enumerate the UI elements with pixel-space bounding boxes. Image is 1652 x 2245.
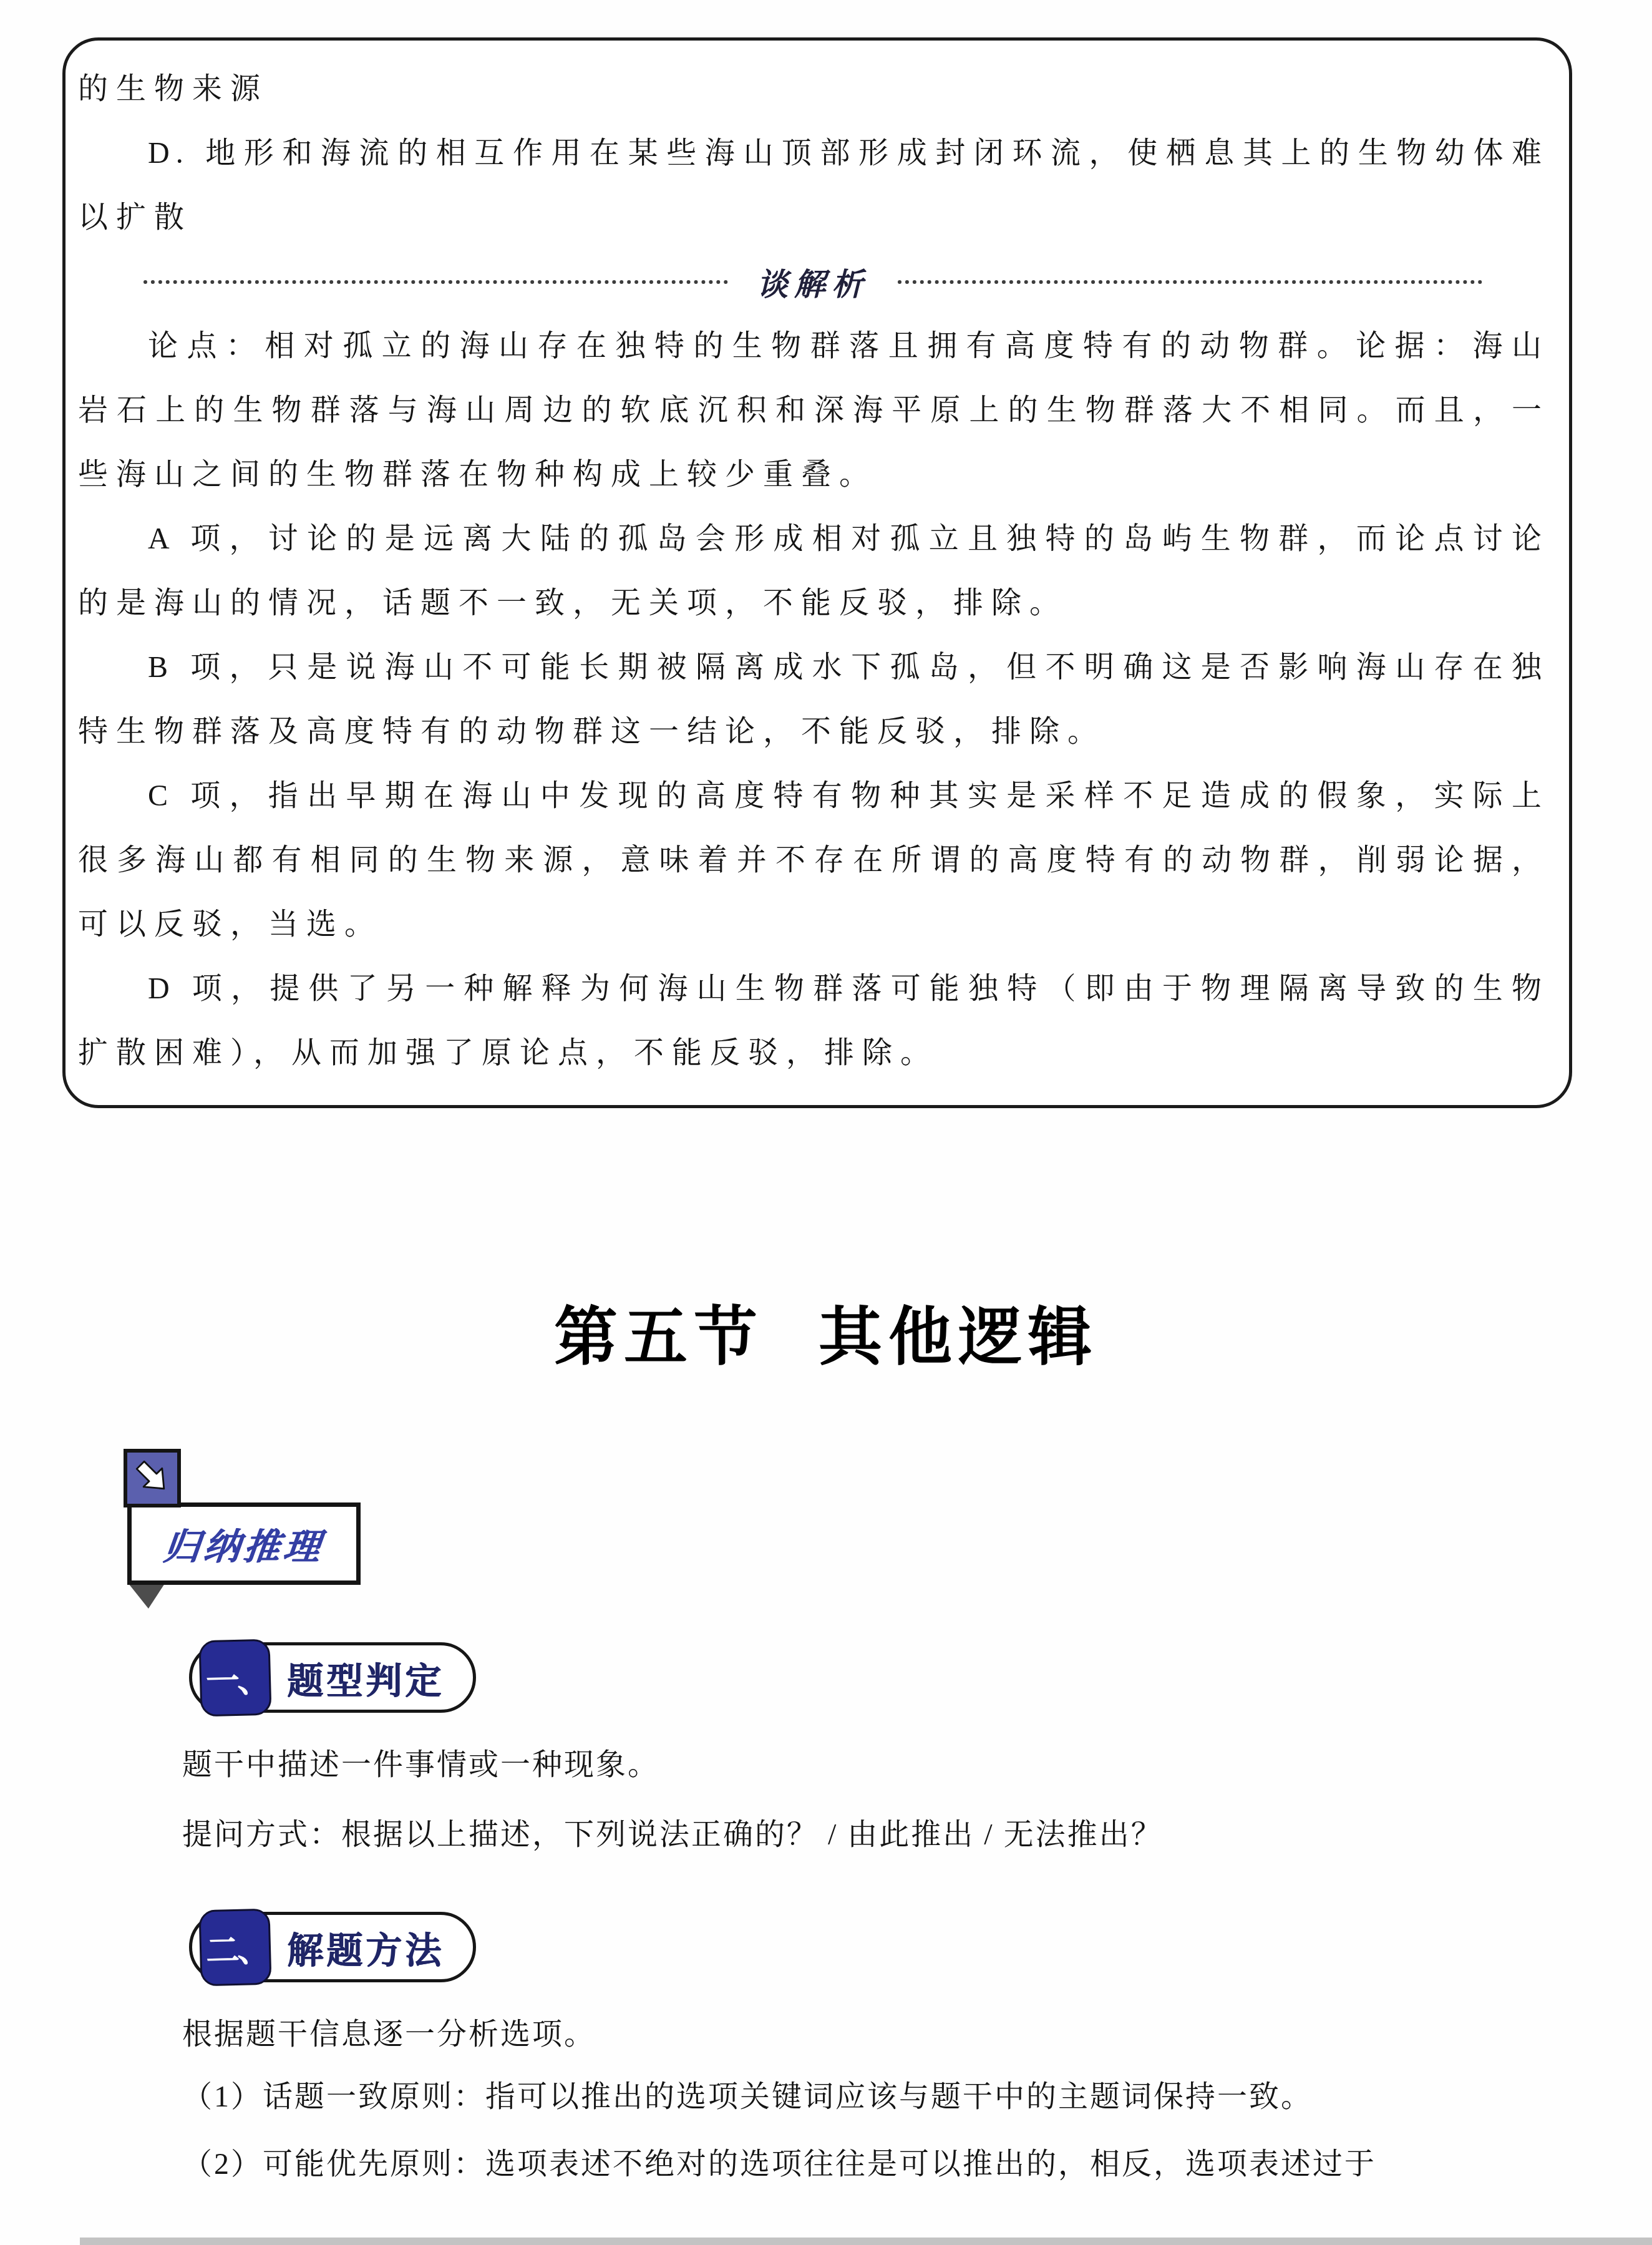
subsection-2-number: 二、: [198, 1909, 271, 1987]
analysis-line-option-d2: D 项，提供了另一种解释为何海山生物群落可能独特（即由于物理隔离导致的生物: [78, 957, 1548, 1021]
analysis-line-option-b: B 项，只是说海山不可能长期被隔离成水下孤岛，但不明确这是否影响海山存在独: [78, 635, 1548, 699]
badge: 归纳推理: [127, 1502, 361, 1585]
subsection-1-text-line: 题干中描述一件事情或一种现象。: [182, 1747, 1555, 1783]
subsection-2-title: 解题方法: [287, 1921, 444, 1974]
divider-label: 谈解析: [757, 260, 869, 304]
subsection-2-text-line: （1）话题一致原则：指可以推出的选项关键词应该与题干中的主题词保持一致。: [182, 2079, 1555, 2115]
divider-dots-left: [143, 280, 728, 284]
analysis-line: 很多海山都有相同的生物来源，意味着并不存在所谓的高度特有的动物群，削弱论据，: [78, 828, 1548, 892]
subsection-1-text-line: 提问方式：根据以上描述，下列说法正确的？ / 由此推出 / 无法推出？: [182, 1817, 1555, 1853]
section-title-text: 其他逻辑: [819, 1303, 1098, 1373]
analysis-line-option-a: A 项，讨论的是远离大陆的孤岛会形成相对孤立且独特的岛屿生物群，而论点讨论: [78, 507, 1548, 571]
analysis-line: 些海山之间的生物群落在物种构成上较少重叠。: [78, 442, 1548, 507]
arrow-southeast-icon: [130, 1455, 174, 1502]
section-title: 第五节其他逻辑: [0, 1287, 1652, 1378]
analysis-line: 的生物来源: [78, 57, 1548, 121]
analysis-line: 特生物群落及高度特有的动物群这一结论，不能反驳，排除。: [78, 699, 1548, 764]
subsection-header-2: 二、 解题方法: [189, 1912, 476, 1982]
analysis-line-option-c: C 项，指出早期在海山中发现的高度特有物种其实是采样不足造成的假象，实际上: [78, 764, 1548, 828]
analysis-line: 可以反驳，当选。: [78, 892, 1548, 957]
scan-edge-strip: [80, 2238, 1652, 2245]
analysis-line: 岩石上的生物群落与海山周边的软底沉积和深海平原上的生物群落大不相同。而且，一: [78, 378, 1548, 442]
subsection-2-text-line: （2）可能优先原则：选项表述不绝对的选项往往是可以推出的，相反，选项表述过于: [182, 2146, 1555, 2183]
analysis-line: 以扩散: [78, 185, 1548, 250]
section-title-number: 第五节: [554, 1303, 764, 1373]
analysis-line: 论点：相对孤立的海山存在独特的生物群落且拥有高度特有的动物群。论据：海山: [78, 314, 1548, 378]
analysis-divider: 谈解析: [143, 250, 1482, 314]
badge-label: 归纳推理: [162, 1517, 327, 1570]
subsection-1-title: 题型判定: [287, 1652, 444, 1704]
badge-arrow-box: [124, 1449, 181, 1507]
subsection-header-1: 一、 题型判定: [189, 1642, 476, 1713]
page: 的生物来源 D. 地形和海流的相互作用在某些海山顶部形成封闭环流，使栖息其上的生…: [0, 0, 1652, 2245]
subsection-2-text-line: 根据题干信息逐一分析选项。: [182, 2017, 1555, 2053]
analysis-line: 扩散困难），从而加强了原论点，不能反驳，排除。: [78, 1021, 1548, 1085]
subsection-1-number: 一、: [198, 1639, 271, 1717]
analysis-line: 的是海山的情况，话题不一致，无关项，不能反驳，排除。: [78, 571, 1548, 635]
badge-fold-triangle: [129, 1584, 165, 1609]
analysis-box: 的生物来源 D. 地形和海流的相互作用在某些海山顶部形成封闭环流，使栖息其上的生…: [62, 37, 1572, 1108]
divider-dots-right: [898, 280, 1482, 284]
analysis-line-option-d: D. 地形和海流的相互作用在某些海山顶部形成封闭环流，使栖息其上的生物幼体难: [78, 121, 1548, 185]
